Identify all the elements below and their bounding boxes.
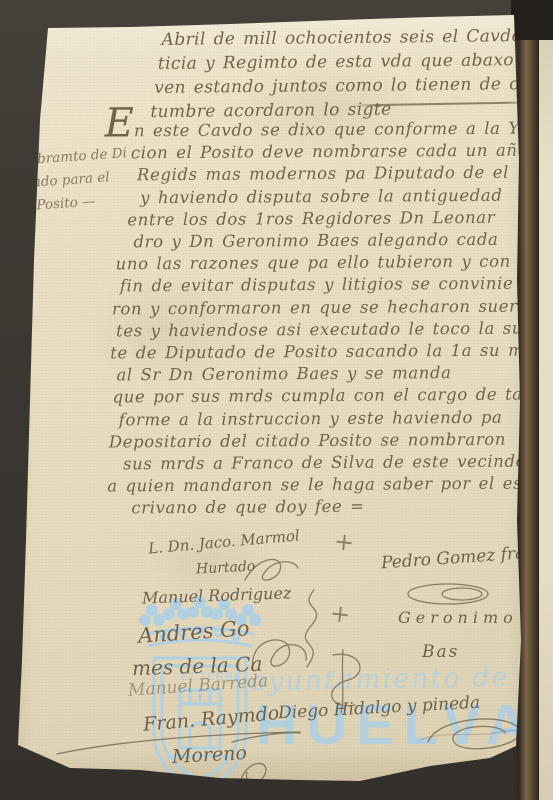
manuscript-line: Depositario del citado Posito se nombrar… <box>109 428 537 453</box>
gutter-top-shadow <box>511 0 553 40</box>
body-paragraph: En este Cavdo se dixo que conforme a la … <box>105 111 538 521</box>
signature: Pedro Gomez fran <box>380 543 536 574</box>
manuscript-line: forme a la instruccion y este haviendo p… <box>119 406 537 431</box>
manuscript-line: fin de evitar disputas y litigios se con… <box>120 273 536 298</box>
manuscript-line: te de Diputado de Posito sacando la 1a s… <box>110 340 536 365</box>
signature-rubric <box>243 628 315 680</box>
page-bottom-stroke <box>52 722 307 764</box>
manuscript-line: dro y Dn Geronimo Baes alegando cada <box>133 229 535 254</box>
manuscript-line: cion el Posito deve nombrarse cada un añ… <box>131 140 535 165</box>
manuscript-line: crivano de que doy fee = <box>131 495 537 520</box>
signature-rubric <box>240 548 302 590</box>
heading-paragraph: Abril de mill ochocientos seis el Cavdo … <box>162 24 535 124</box>
manuscript-line: entre los dos 1ros Regidores Dn Leonar <box>127 206 535 231</box>
signature-rubric <box>400 578 495 610</box>
manuscript-line: y haviendo disputa sobre la antiguedad <box>140 184 535 209</box>
manuscript-line: que por sus mrds cumpla con el cargo de … <box>112 384 536 409</box>
manuscript-line: ven estando juntos como lo tienen de cos <box>154 72 534 100</box>
manuscript-page: Abril de mill ochocientos seis el Cavdo … <box>0 0 553 800</box>
manuscript-line: En este Cavdo se dixo que conforme a la … <box>105 111 535 143</box>
manuscript-line: uno las razones que pa ello tubieron y c… <box>116 251 536 276</box>
manuscript-line: ron y conformaron en que se hecharon sue… <box>112 295 536 320</box>
manuscript-line: sus mrds a Franco de Silva de este vecin… <box>123 451 537 476</box>
signature: Geronimo <box>398 608 518 627</box>
signature-rubric <box>313 645 375 717</box>
manuscript-line: tes y haviendose asi executado le toco l… <box>116 317 536 342</box>
manuscript-line: al Sr Dn Geronimo Baes y se manda <box>116 362 536 387</box>
archive-photo: Abril de mill ochocientos seis el Cavdo … <box>0 0 553 800</box>
manuscript-line: a quien mandaron se le haga saber por el… <box>107 473 537 498</box>
manuscript-line: Regids mas modernos pa Diputado de el <box>137 162 535 187</box>
cross-mark: + <box>333 527 356 557</box>
signature: Bas <box>422 642 459 662</box>
